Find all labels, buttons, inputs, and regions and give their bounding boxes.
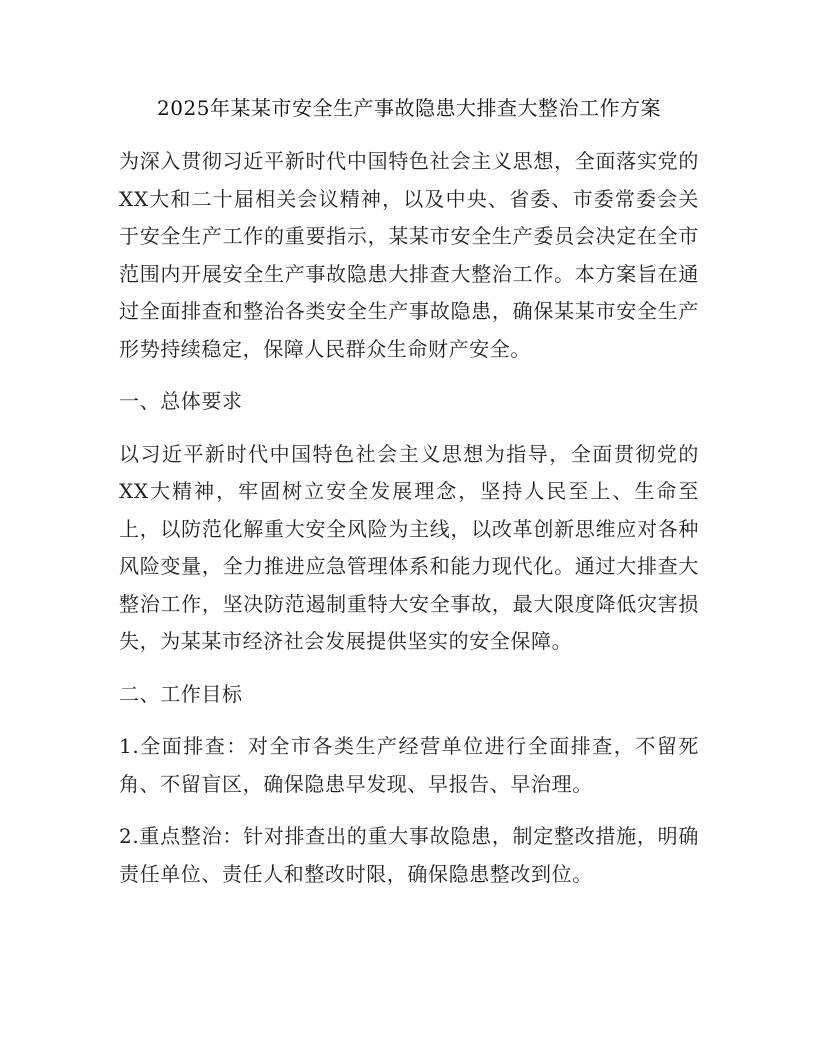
section-heading: 一、总体要求 [119, 383, 699, 421]
goal-item: 1.全面排查：对全市各类生产经营单位进行全面排查，不留死角、不留盲区，确保隐患早… [119, 728, 699, 803]
section-work-goals: 二、工作目标 1.全面排查：对全市各类生产经营单位进行全面排查，不留死角、不留盲… [119, 676, 699, 894]
section-paragraph: 以习近平新时代中国特色社会主义思想为指导，全面贯彻党的XX大精神，牢固树立安全发… [119, 436, 699, 661]
section-heading: 二、工作目标 [119, 676, 699, 714]
document-title: 2025年某某市安全生产事故隐患大排查大整治工作方案 [119, 93, 699, 123]
section-general-requirements: 一、总体要求 以习近平新时代中国特色社会主义思想为指导，全面贯彻党的XX大精神，… [119, 383, 699, 661]
document-page: 2025年某某市安全生产事故隐患大排查大整治工作方案 为深入贯彻习近平新时代中国… [119, 93, 699, 908]
intro-paragraph: 为深入贯彻习近平新时代中国特色社会主义思想，全面落实党的XX大和二十届相关会议精… [119, 143, 699, 368]
goal-item: 2.重点整治：针对排查出的重大事故隐患，制定整改措施，明确责任单位、责任人和整改… [119, 818, 699, 893]
